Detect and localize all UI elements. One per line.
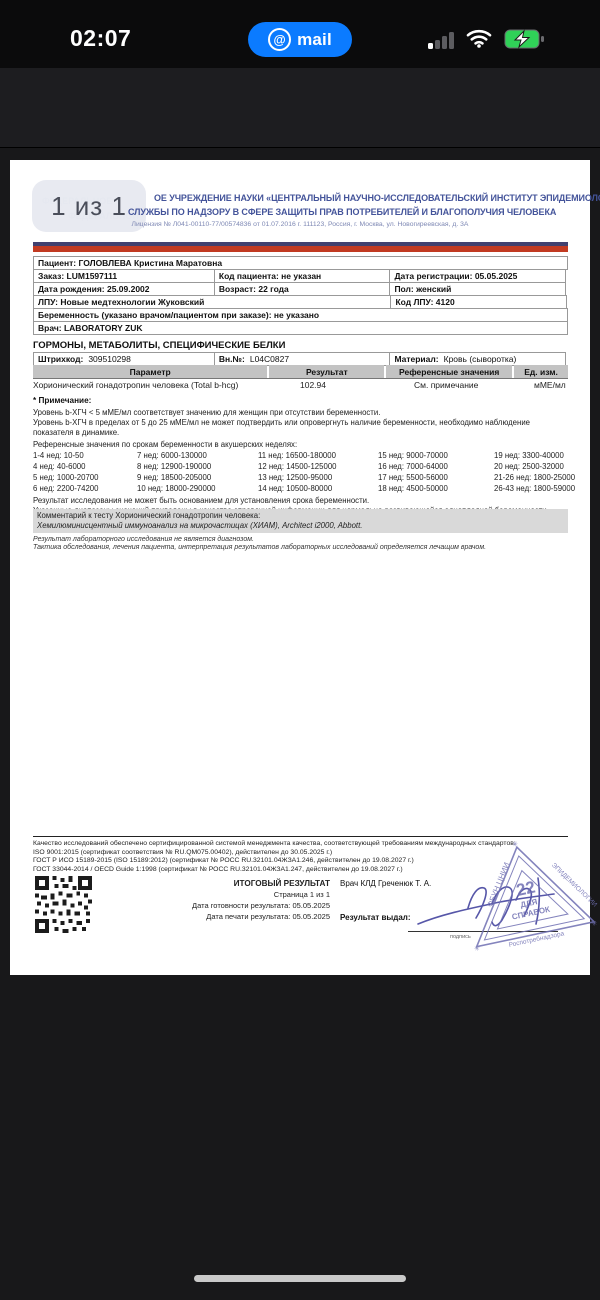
at-circle-icon: @ xyxy=(268,28,291,51)
letterhead-line1: ОЕ УЧРЕЖДЕНИЕ НАУКИ «ЦЕНТРАЛЬНЫЙ НАУЧНО-… xyxy=(154,193,600,203)
material-label: Материал: xyxy=(394,354,438,364)
ref-range: 12 нед: 14500-125000 xyxy=(258,462,337,471)
sex-cell: Пол: женский xyxy=(389,282,566,296)
reg-date-cell: Дата регистрации: 05.05.2025 xyxy=(389,269,566,283)
ref-range: 17 нед: 5500-56000 xyxy=(378,473,448,482)
note-line: показателя в динамике. xyxy=(33,428,119,437)
svg-text:✳: ✳ xyxy=(512,840,520,849)
ref-range: 1-4 нед: 10-50 xyxy=(33,451,84,460)
material-value: Кровь (сыворотка) xyxy=(444,354,517,364)
notes-title: * Примечание: xyxy=(33,396,91,405)
patient-name-cell: Пациент: ГОЛОВЛЕВА Кристина Маратовна xyxy=(33,256,568,270)
ref-range: 20 нед: 2500-32000 xyxy=(494,462,564,471)
mail-pill-label: mail xyxy=(297,30,332,50)
age-cell: Возраст: 22 года xyxy=(214,282,391,296)
certification-line: Качество исследований обеспечено сертифи… xyxy=(33,840,516,847)
ref-range: 9 нед: 18500-205000 xyxy=(137,473,211,482)
internal-number-label: Вн.№: xyxy=(219,354,245,364)
ref-range: 16 нед: 7000-64000 xyxy=(378,462,448,471)
order-cell: Заказ: LUM1597111 xyxy=(33,269,215,283)
phone-screen: 02:07 @ mail Закрыть LUM1597111. xyxy=(0,0,600,1300)
col-units: Ед. изм. xyxy=(514,365,568,378)
note-line: Референсные значения по срокам беременно… xyxy=(33,440,297,449)
ref-range: 18 нед: 4500-50000 xyxy=(378,484,448,493)
ref-range: 5 нед: 1000-20700 xyxy=(33,473,98,482)
certification-line: ISO 9001:2015 (сертификат соответствия №… xyxy=(33,849,332,856)
ready-date: Дата готовности результата: 05.05.2025 xyxy=(130,901,330,910)
results-table-header: Параметр Результат Референсные значения … xyxy=(33,365,568,379)
home-indicator[interactable] xyxy=(194,1275,406,1282)
ref-range: 15 нед: 9000-70000 xyxy=(378,451,448,460)
wifi-icon xyxy=(466,29,492,53)
comment-title: Комментарий к тесту Хорионический гонадо… xyxy=(37,511,260,520)
certification-line: ГОСТ Р ИСО 15189-2015 (ISO 15189:2012) (… xyxy=(33,857,414,864)
ref-range: 21-26 нед: 1800-25000 xyxy=(494,473,575,482)
result-parameter: Хорионический гонадотропин человека (Tot… xyxy=(33,380,238,390)
doctor-cell: Врач: LABORATORY ZUK xyxy=(33,321,568,335)
flag-stripe-red xyxy=(33,246,568,252)
ref-range: 11 нед: 16500-180000 xyxy=(258,451,336,460)
mail-notification-pill[interactable]: @ mail xyxy=(248,22,352,57)
pregnancy-cell: Беременность (указано врачом/пациентом п… xyxy=(33,308,568,322)
final-result-title: ИТОГОВЫЙ РЕЗУЛЬТАТ xyxy=(130,879,330,888)
status-bar: 02:07 @ mail xyxy=(0,0,600,68)
stamp-left-text: ФБУН ЦНИИ xyxy=(485,861,511,909)
nav-bar: Закрыть LUM1597111.pdf xyxy=(0,68,600,148)
ref-range: 4 нед: 40-6000 xyxy=(33,462,85,471)
result-reference: См. примечание xyxy=(414,380,478,390)
result-value: 102.94 xyxy=(300,380,326,390)
ref-range: 7 нед: 6000-130000 xyxy=(137,451,207,460)
lpu-code-cell: Код ЛПУ: 4120 xyxy=(390,295,567,309)
comment-body: Хемилюминисцентный иммуноанализ на микро… xyxy=(37,521,362,530)
section-title: ГОРМОНЫ, МЕТАБОЛИТЫ, СПЕЦИФИЧЕСКИЕ БЕЛКИ xyxy=(33,340,285,351)
battery-charging-icon xyxy=(504,29,546,54)
col-reference: Референсные значения xyxy=(386,365,512,378)
col-parameter: Параметр xyxy=(33,365,267,378)
ref-range: 26-43 нед: 1800-59000 xyxy=(494,484,575,493)
pdf-page: ФЕДЕРАЛЬНОЕ ФЕДЕРАЛЬНОЙ 1 из 1 ОЕ УЧРЕЖД… xyxy=(10,160,590,975)
result-units: мМЕ/мл xyxy=(534,380,566,390)
issued-label: Результат выдал: xyxy=(340,913,411,922)
print-date: Дата печати результата: 05.05.2025 xyxy=(130,912,330,921)
barcode-value: 309510298 xyxy=(88,354,131,364)
birth-date-cell: Дата рождения: 25.09.2002 xyxy=(33,282,215,296)
specimen-row: Штрихкод:309510298 Вн.№:L04C0827 Материа… xyxy=(33,352,568,366)
lpu-cell: ЛПУ: Новые медтехнологии Жуковский xyxy=(33,295,391,309)
col-result: Результат xyxy=(269,365,384,378)
ref-range: 19 нед: 3300-40000 xyxy=(494,451,564,460)
ref-range: 8 нед: 12900-190000 xyxy=(137,462,211,471)
note-line: Уровень b-ХГЧ в пределах от 5 до 25 мМЕ/… xyxy=(33,418,530,427)
note-line: Результат исследования не может быть осн… xyxy=(33,496,369,505)
page-line: Страница 1 из 1 xyxy=(130,890,330,899)
letterhead-line2: СЛУЖБЫ ПО НАДЗОРУ В СФЕРЕ ЗАЩИТЫ ПРАВ ПО… xyxy=(128,207,556,217)
qr-code xyxy=(35,876,92,938)
lab-stamp: ФБУН ЦНИИ ЭПИДЕМИОЛОГИИ Роспотребнадзора… xyxy=(447,825,600,974)
patient-info-table: Пациент: ГОЛОВЛЕВА Кристина Маратовна За… xyxy=(33,256,568,335)
stamp-bottom-text: Роспотребнадзора xyxy=(508,929,565,949)
ref-range: 13 нед: 12500-95000 xyxy=(258,473,332,482)
ref-range: 10 нед: 18000-290000 xyxy=(137,484,216,493)
internal-number-value: L04C0827 xyxy=(250,354,289,364)
pdf-viewer[interactable]: ФЕДЕРАЛЬНОЕ ФЕДЕРАЛЬНОЙ 1 из 1 ОЕ УЧРЕЖД… xyxy=(0,148,600,1300)
disclaimer-line: Тактика обследования, лечения пациента, … xyxy=(33,544,486,551)
license-line: Лицензия № Л041-00110-77/00574836 от 01.… xyxy=(10,221,590,228)
certification-line: ГОСТ 33044-2014 / OECD Guide 1:1998 (сер… xyxy=(33,866,403,873)
ref-range: 6 нед: 2200-74200 xyxy=(33,484,98,493)
svg-text:✳: ✳ xyxy=(591,919,599,928)
note-line: Уровень b-ХГЧ < 5 мМЕ/мл соответствует з… xyxy=(33,408,380,417)
cellular-signal-icon xyxy=(428,31,454,49)
disclaimer-line: Результат лабораторного исследования не … xyxy=(33,536,254,543)
patient-code-cell: Код пациента: не указан xyxy=(214,269,391,283)
ref-range: 14 нед: 10500-80000 xyxy=(258,484,332,493)
footer-divider xyxy=(33,836,568,837)
barcode-label: Штрихкод: xyxy=(38,354,83,364)
status-time: 02:07 xyxy=(70,25,131,52)
